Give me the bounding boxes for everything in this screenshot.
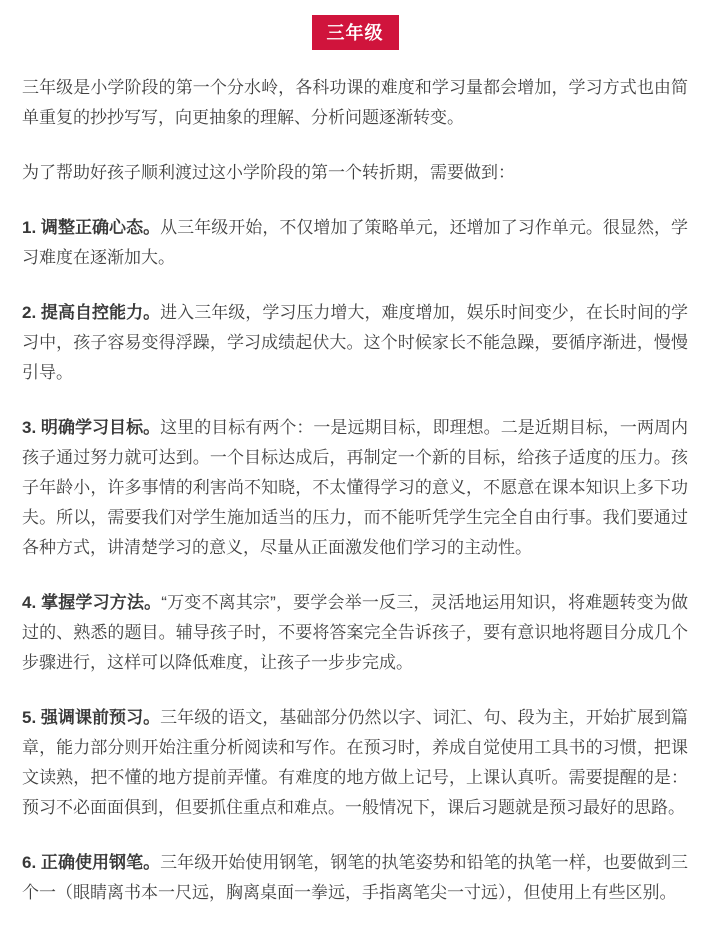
badge-row: 三年级 (22, 15, 688, 50)
article-page: 三年级 三年级是小学阶段的第一个分水岭，各科功课的难度和学习量都会增加，学习方式… (0, 0, 710, 926)
tip-6-title: 6. 正确使用钢笔。 (22, 853, 160, 872)
tip-item-5: 5. 强调课前预习。三年级的语文，基础部分仍然以字、词汇、句、段为主，开始扩展到… (22, 703, 688, 823)
tip-item-4: 4. 掌握学习方法。“万变不离其宗”，要学会举一反三，灵活地运用知识，将难题转变… (22, 588, 688, 678)
tip-2-title: 2. 提高自控能力。 (22, 303, 160, 322)
intro-paragraph-2: 为了帮助好孩子顺利渡过这小学阶段的第一个转折期，需要做到： (22, 158, 688, 188)
tip-item-6: 6. 正确使用钢笔。三年级开始使用钢笔，钢笔的执笔姿势和铅笔的执笔一样，也要做到… (22, 848, 688, 908)
tip-3-body: 这里的目标有两个：一是远期目标，即理想。二是近期目标，一两周内孩子通过努力就可达… (22, 418, 688, 557)
tip-item-3: 3. 明确学习目标。这里的目标有两个：一是远期目标，即理想。二是近期目标，一两周… (22, 413, 688, 563)
tip-1-title: 1. 调整正确心态。 (22, 218, 160, 237)
tip-item-1: 1. 调整正确心态。从三年级开始，不仅增加了策略单元，还增加了习作单元。很显然，… (22, 213, 688, 273)
intro-paragraph-1: 三年级是小学阶段的第一个分水岭，各科功课的难度和学习量都会增加，学习方式也由简单… (22, 73, 688, 133)
grade-badge: 三年级 (312, 15, 399, 50)
tip-3-title: 3. 明确学习目标。 (22, 418, 160, 437)
tip-item-2: 2. 提高自控能力。进入三年级，学习压力增大，难度增加，娱乐时间变少，在长时间的… (22, 298, 688, 388)
tip-5-title: 5. 强调课前预习。 (22, 708, 160, 727)
tip-4-title: 4. 掌握学习方法。 (22, 593, 161, 612)
